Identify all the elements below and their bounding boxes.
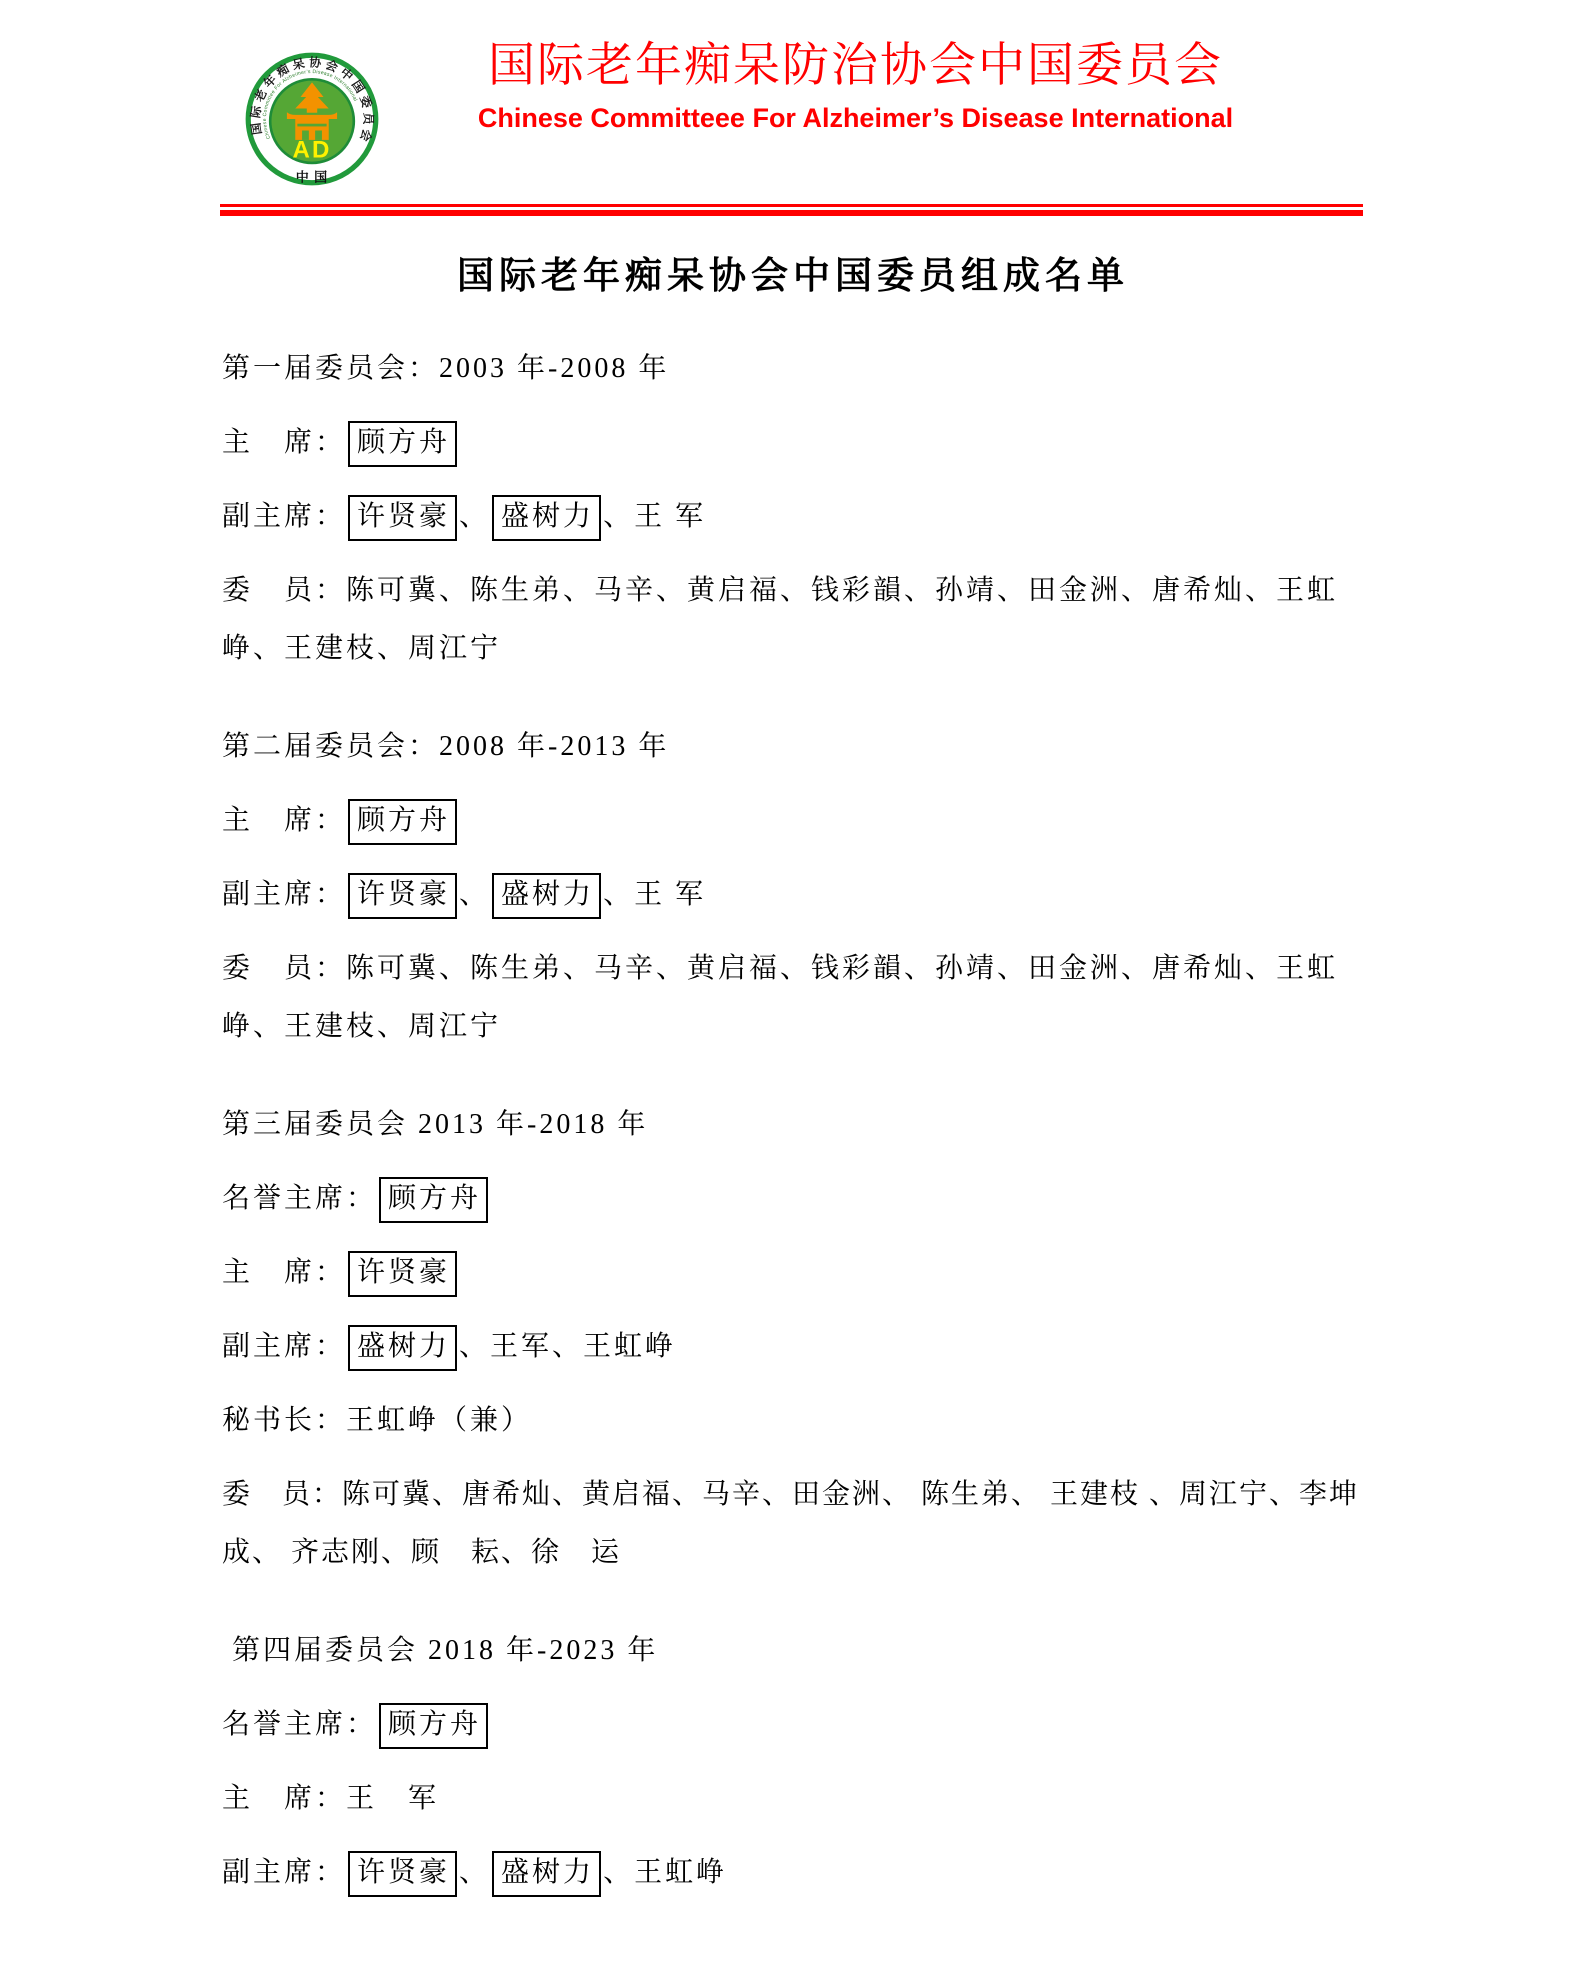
row-label: 委 员： — [222, 953, 346, 984]
member-name-boxed: 盛树力 — [492, 1851, 601, 1897]
committee-section-4: 第四届委员会 2018 年-2023 年 名誉主席：顾方舟 主 席：王 军 副主… — [222, 1622, 1364, 1902]
member-name-boxed: 许贤豪 — [348, 495, 457, 541]
member-name-boxed: 盛树力 — [348, 1325, 457, 1371]
row-vice-chairmen: 副主席：许贤豪、盛树力、王 军 — [222, 866, 1364, 924]
member-name-boxed: 许贤豪 — [348, 873, 457, 919]
section-heading: 第一届委员会：2003 年-2008 年 — [222, 340, 1364, 398]
document-page: 国际老年痴呆协会中国委员会 Chinese Committee For Alzh… — [0, 0, 1587, 1966]
row-label: 秘书长： — [222, 1405, 346, 1436]
row-honorary-chairman: 名誉主席：顾方舟 — [222, 1170, 1364, 1228]
member-name-boxed: 许贤豪 — [348, 1851, 457, 1897]
member-name-boxed: 顾方舟 — [348, 421, 457, 467]
row-honorary-chairman: 名誉主席：顾方舟 — [222, 1696, 1364, 1754]
header-rule — [220, 204, 1363, 216]
section-heading: 第四届委员会 2018 年-2023 年 — [222, 1622, 1364, 1680]
separator: 、 — [459, 879, 490, 910]
committee-section-1: 第一届委员会：2003 年-2008 年 主 席：顾方舟 副主席：许贤豪、盛树力… — [222, 340, 1364, 678]
org-title-zh: 国际老年痴呆防治协会中国委员会 — [398, 38, 1313, 94]
member-name-boxed: 盛树力 — [492, 873, 601, 919]
row-chairman: 主 席：王 军 — [222, 1770, 1364, 1828]
member-names: 、王军、王虹峥 — [459, 1331, 676, 1362]
logo-china-text: 中国 — [296, 170, 333, 185]
section-heading: 第二届委员会：2008 年-2013 年 — [222, 718, 1364, 776]
member-name-boxed: 盛树力 — [492, 495, 601, 541]
row-label: 名誉主席： — [222, 1183, 377, 1214]
document-body: 国际老年痴呆协会中国委员组成名单 第一届委员会：2003 年-2008 年 主 … — [222, 252, 1364, 1918]
row-chairman: 主 席：顾方舟 — [222, 414, 1364, 472]
separator: 、 — [459, 501, 490, 532]
row-vice-chairmen: 副主席：许贤豪、盛树力、王虹峥 — [222, 1844, 1364, 1902]
row-label: 副主席： — [222, 1331, 346, 1362]
member-name-boxed: 顾方舟 — [379, 1703, 488, 1749]
row-label: 主 席： — [222, 427, 346, 458]
row-members: 委 员：陈可冀、陈生弟、马辛、黄启福、钱彩韻、孙靖、田金洲、唐希灿、王虹峥、王建… — [222, 562, 1364, 678]
member-names: 陈可冀、陈生弟、马辛、黄启福、钱彩韻、孙靖、田金洲、唐希灿、王虹峥、王建枝、周江… — [222, 575, 1338, 664]
row-label: 委 员： — [222, 1479, 342, 1510]
member-name-boxed: 顾方舟 — [379, 1177, 488, 1223]
logo-ad-text: AD — [293, 137, 332, 164]
member-names: 、王虹峥 — [603, 1857, 727, 1888]
row-chairman: 主 席：许贤豪 — [222, 1244, 1364, 1302]
row-label: 副主席： — [222, 879, 346, 910]
org-title-en: Chinese Committeee For Alzheimer’s Disea… — [398, 103, 1313, 134]
member-names: 、王 军 — [603, 879, 706, 910]
member-name-boxed: 顾方舟 — [348, 799, 457, 845]
masthead: 国际老年痴呆防治协会中国委员会 Chinese Committeee For A… — [398, 38, 1313, 134]
separator: 、 — [459, 1857, 490, 1888]
committee-section-2: 第二届委员会：2008 年-2013 年 主 席：顾方舟 副主席：许贤豪、盛树力… — [222, 718, 1364, 1056]
member-names: 陈可冀、唐希灿、黄启福、马辛、田金洲、 陈生弟、 王建枝 、周江宁、李坤成、 齐… — [222, 1479, 1359, 1568]
row-label: 名誉主席： — [222, 1709, 377, 1740]
row-label: 委 员： — [222, 575, 346, 606]
row-label: 主 席： — [222, 1257, 346, 1288]
row-vice-chairmen: 副主席：许贤豪、盛树力、王 军 — [222, 488, 1364, 546]
row-label: 副主席： — [222, 1857, 346, 1888]
doc-title: 国际老年痴呆协会中国委员组成名单 — [222, 252, 1364, 302]
section-heading: 第三届委员会 2013 年-2018 年 — [222, 1096, 1364, 1154]
cada-logo-icon: 国际老年痴呆协会中国委员会 Chinese Committee For Alzh… — [243, 50, 381, 188]
row-secretary-general: 秘书长：王虹峥（兼） — [222, 1392, 1364, 1450]
row-vice-chairmen: 副主席：盛树力、王军、王虹峥 — [222, 1318, 1364, 1376]
row-members: 委 员：陈可冀、陈生弟、马辛、黄启福、钱彩韻、孙靖、田金洲、唐希灿、王虹峥、王建… — [222, 940, 1364, 1056]
header-rule-thick-line — [220, 210, 1363, 216]
row-label: 主 席： — [222, 1783, 346, 1814]
member-names: 陈可冀、陈生弟、马辛、黄启福、钱彩韻、孙靖、田金洲、唐希灿、王虹峥、王建枝、周江… — [222, 953, 1338, 1042]
row-members: 委 员：陈可冀、唐希灿、黄启福、马辛、田金洲、 陈生弟、 王建枝 、周江宁、李坤… — [222, 1466, 1364, 1582]
row-label: 副主席： — [222, 501, 346, 532]
committee-section-3: 第三届委员会 2013 年-2018 年 名誉主席：顾方舟 主 席：许贤豪 副主… — [222, 1096, 1364, 1582]
row-label: 主 席： — [222, 805, 346, 836]
member-names: 王 军 — [346, 1783, 439, 1814]
member-names: 王虹峥（兼） — [346, 1405, 532, 1436]
member-names: 、王 军 — [603, 501, 706, 532]
member-name-boxed: 许贤豪 — [348, 1251, 457, 1297]
row-chairman: 主 席：顾方舟 — [222, 792, 1364, 850]
